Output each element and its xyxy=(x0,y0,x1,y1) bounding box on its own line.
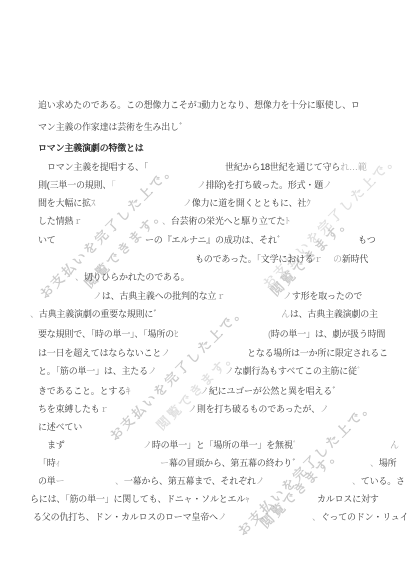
erased-fragment: ﾋ xyxy=(174,329,178,339)
text-line: 追い求めたのである。この想像力こそがｒｺ動力となり、想像力を十分に駆使し、ロ xyxy=(0,98,410,111)
text-segment: は一日を超えてはならないことノ xyxy=(38,346,170,359)
text-segment: ノ時の単一」と「場所の単一」を無視ﾞ xyxy=(143,438,297,451)
segment-text: 新時代 xyxy=(342,254,368,264)
text-line: は一日を超えてはならないことノとなる場所は一か所に限定されるこ xyxy=(0,346,410,359)
erased-fragment: ﾞ xyxy=(357,366,361,376)
erased-fragment: 、 xyxy=(30,309,39,319)
segment-text: 則(三単一の規則、 xyxy=(38,180,111,190)
erased-fragment: ノ xyxy=(93,291,102,301)
text-segment: 、場所 xyxy=(370,456,396,469)
segment-text: 時の単一」は、劇が扱う時間 xyxy=(271,329,385,339)
text-line: いてーの『エルナニ』の成功は、それﾞもつ xyxy=(0,233,410,246)
erased-fragment: ｒ xyxy=(100,404,109,414)
erased-fragment: 、 xyxy=(75,272,84,282)
segment-text: 世紀から18世紀を通じて守ら xyxy=(225,162,340,172)
segment-text: ーの『エルナニ』の成功は、それ xyxy=(145,235,281,245)
text-segment: の新時代 xyxy=(333,252,368,265)
segment-text: マン主義の作家達は芸術を生み出し xyxy=(38,122,183,132)
erased-fragment: 、 xyxy=(352,476,361,486)
erased-fragment: ノ xyxy=(188,404,197,414)
erased-fragment: ノ xyxy=(148,366,157,376)
segment-text: ている。さ xyxy=(361,476,405,486)
text-segment: きであること。とするｷ xyxy=(38,384,130,397)
erased-fragment: ノ xyxy=(225,366,234,376)
segment-text: まず xyxy=(47,440,65,450)
erased-fragment: ﾄ xyxy=(285,216,289,226)
text-segment: ロマン主義演劇の特徴とは xyxy=(38,141,144,154)
text-segment: ノ紀にユゴーが公然と異を唱えるﾞ xyxy=(200,384,337,397)
text-segment: んは、古典主義演劇の主 xyxy=(281,307,378,320)
text-segment: 間を大幅に拡ｽ xyxy=(38,196,95,209)
text-line: と。「筋の単一」は、主たるノノな劇行為もすべてこの主筋に従ﾞ xyxy=(0,364,410,377)
text-segment: ノ則を打ち破るものであったが、ノ xyxy=(188,402,329,415)
segment-text: 要な規則で、「時の単一」、「場所の xyxy=(38,329,174,339)
text-segment: ーの『エルナニ』の成功は、それﾞ xyxy=(145,233,281,246)
text-segment: もつ xyxy=(358,233,376,246)
erased-fragment: 、 xyxy=(312,512,321,522)
document-text-layer: 追い求めたのである。この想像力こそがｒｺ動力となり、想像力を十分に駆使し、ロマン… xyxy=(0,0,410,580)
segment-text: 時の単一」と「場所の単一」を無視 xyxy=(152,440,293,450)
text-line: マン主義の作家達は芸術を生み出しﾞ xyxy=(0,120,410,133)
text-segment: らには、「筋の単一」に関しても、ドニャ・ソルとエルｬ xyxy=(30,492,249,505)
text-segment: ー幕の冒頭から、第五幕の終わりﾞ xyxy=(160,456,297,469)
segment-text: ものであった。「文学における xyxy=(195,254,314,264)
segment-text: に述べてい xyxy=(38,422,82,432)
segment-text: 幕の冒頭から、第五幕の終わり xyxy=(169,458,297,468)
erased-fragment: ノ xyxy=(323,180,332,190)
erased-fragment: ｨ xyxy=(56,458,60,468)
text-line: 、古典主義演劇の重要な規則にﾞんは、古典主義演劇の主 xyxy=(0,307,410,320)
text-line: ものであった。「文学におけるｒの新時代 xyxy=(0,252,410,265)
erased-fragment: 、 xyxy=(115,476,124,486)
text-line: 、切りひらかれたのである。 xyxy=(0,270,410,283)
segment-text: カルロスに対す xyxy=(317,494,379,504)
document-page: お支払いを完了した上で。閲覧できます。お支払いを完了した上で。閲覧できます。お支… xyxy=(0,0,410,580)
segment-text: は、古典主義への批判的な立 xyxy=(102,291,216,301)
erased-fragment: の xyxy=(333,254,342,264)
erased-fragment: ん xyxy=(390,440,399,450)
text-segment: 、古典主義演劇の重要な規則にﾞ xyxy=(30,307,158,320)
segment-text: 紀にユゴーが公然と異を唱える xyxy=(209,386,337,396)
segment-text: 一幕から、第五幕まで、それぞれ xyxy=(124,476,256,486)
segment-text: いて xyxy=(38,235,56,245)
text-line: に述べてい xyxy=(0,420,410,433)
text-segment: 世紀から18世紀を通じて守られ…範 xyxy=(225,160,367,173)
segment-text: る父の仇打ち、ドン・カルロスのローマ皇帝へ xyxy=(33,512,218,522)
erased-fragment: れ…範 xyxy=(340,162,366,172)
segment-text: となる場所は一か所に限定されるこ xyxy=(247,348,388,358)
segment-text: 排除)を打ち破った。形式・題 xyxy=(206,180,323,190)
text-line: 則(三単一の規則、「ノ排除)を打ち破った。形式・題ノ xyxy=(0,178,410,191)
text-segment: 則(三単一の規則、「 xyxy=(38,178,116,191)
text-segment: 、台芸術の栄光へと駆り立てたﾄ xyxy=(162,214,290,227)
erased-fragment: ｸ xyxy=(306,198,310,208)
segment-text: 台芸術の栄光へと駆り立てた xyxy=(171,216,285,226)
text-line: の単ー、一幕から、第五幕まで、それぞれノ、ている。さ xyxy=(0,474,410,487)
text-line: らには、「筋の単一」に関しても、ドニャ・ソルとエルｬカルロスに対す xyxy=(0,492,410,505)
segment-text: ぐってのドン・リュイ・ xyxy=(321,512,410,522)
segment-text: 則を打ち破るものであったが、 xyxy=(197,404,320,414)
erased-fragment: ｬ xyxy=(245,494,249,504)
erased-fragment: ノ xyxy=(183,198,192,208)
text-segment: ちを束縛したもｒ xyxy=(38,402,108,415)
erased-fragment: ﾞ xyxy=(293,440,297,450)
erased-fragment: ん xyxy=(281,309,290,319)
text-segment: と。「筋の単一」は、主たるノ xyxy=(38,364,157,377)
segment-text: 間を大幅に拡 xyxy=(38,198,91,208)
text-line: 「時ｨー幕の冒頭から、第五幕の終わりﾞ、場所 xyxy=(0,456,410,469)
segment-text: と。「筋の単一」は、主たる xyxy=(38,366,148,376)
text-segment: ノな劇行為もすべてこの主筋に従ﾞ xyxy=(225,364,361,377)
text-line: 間を大幅に拡ｽノ像力に道を開くとともに、社ｸ xyxy=(0,196,410,209)
text-line: した情熱ｒ、台芸術の栄光へと駆り立てたﾄ xyxy=(0,214,410,227)
segment-text: きであること。とする xyxy=(38,386,126,396)
segment-text: は、古典主義演劇の主 xyxy=(290,309,378,319)
erased-fragment: ｒ xyxy=(216,291,225,301)
text-segment: まず xyxy=(47,438,65,451)
text-segment: 、一幕から、第五幕まで、それぞれノ xyxy=(115,474,264,487)
erased-fragment: ｺ xyxy=(197,100,201,110)
text-line: まずノ時の単一」と「場所の単一」を無視ﾞん xyxy=(0,438,410,451)
erased-fragment: ノ xyxy=(143,440,152,450)
text-segment: ノは、古典主義への批判的な立ｒ xyxy=(93,289,225,302)
text-segment: 、ている。さ xyxy=(352,474,405,487)
erased-fragment: 、 xyxy=(162,216,171,226)
erased-fragment: ｽ xyxy=(91,198,95,208)
erased-fragment: ( xyxy=(268,329,271,339)
text-segment: ｺ動力となり、想像力を十分に駆使し、ロ xyxy=(197,98,360,111)
text-segment: 追い求めたのである。この想像力こそがｒ xyxy=(38,98,205,111)
erased-fragment: ｒ xyxy=(314,254,323,264)
text-line: ノは、古典主義への批判的な立ｒノす形を取ったので xyxy=(0,289,410,302)
segment-text: ロマン主義を提唱する、「 xyxy=(47,162,148,172)
segment-text: 場所 xyxy=(379,458,397,468)
text-line: きであること。とするｷノ紀にユゴーが公然と異を唱えるﾞ xyxy=(0,384,410,397)
segment-text: した情熱 xyxy=(38,216,73,226)
segment-text: 古典主義演劇の重要な規則に xyxy=(39,309,158,319)
text-segment: 、ぐってのドン・リュイ・ xyxy=(312,510,410,523)
heading-line: ロマン主義演劇の特徴とは xyxy=(0,141,410,154)
segment-text: の単 xyxy=(38,476,56,486)
segment-text: もつ xyxy=(358,235,376,245)
text-segment: (時の単一」は、劇が扱う時間 xyxy=(268,327,385,340)
erased-fragment: ー xyxy=(160,458,169,468)
erased-fragment: ー xyxy=(56,476,65,486)
erased-fragment: ノ xyxy=(218,512,227,522)
text-segment: に述べてい xyxy=(38,420,82,433)
erased-fragment: ノ xyxy=(283,291,292,301)
segment-text: 像力に道を開くとともに、社 xyxy=(192,198,306,208)
segment-text: 切りひらかれたのである。 xyxy=(84,272,190,282)
erased-fragment: ｷ xyxy=(126,386,130,396)
erased-fragment: ｒ xyxy=(73,216,82,226)
text-segment: 「時ｨ xyxy=(38,456,60,469)
text-segment: ロマン主義を提唱する、「 xyxy=(47,160,148,173)
segment-text: は一日を超えてはならないこと xyxy=(38,348,161,358)
text-segment: カルロスに対す xyxy=(317,492,379,505)
erased-fragment: ノ xyxy=(197,180,206,190)
text-segment: 、切りひらかれたのである。 xyxy=(75,270,189,283)
erased-fragment: ノ xyxy=(200,386,209,396)
text-segment: となる場所は一か所に限定されるこ xyxy=(247,346,388,359)
text-segment: ノ排除)を打ち破った。形式・題ノ xyxy=(197,178,332,191)
text-line: る父の仇打ち、ドン・カルロスのローマ皇帝へノ、ぐってのドン・リュイ・ xyxy=(0,510,410,523)
text-segment: マン主義の作家達は芸術を生み出しﾞ xyxy=(38,120,183,133)
text-segment: した情熱ｒ xyxy=(38,214,82,227)
erased-fragment: 、 xyxy=(370,458,379,468)
segment-text: 「時 xyxy=(38,458,56,468)
segment-text: 追い求めたのである。この想像力こそが xyxy=(38,100,196,110)
segment-text: らには、「筋の単一」に関しても、ドニャ・ソルとエル xyxy=(30,494,245,504)
erased-fragment: ノ xyxy=(161,348,170,358)
erased-fragment: 「 xyxy=(111,180,115,190)
segment-text: す形を取ったので xyxy=(292,291,362,301)
text-segment: いて xyxy=(38,233,56,246)
text-segment: 要な規則で、「時の単一」、「場所のﾋ xyxy=(38,327,178,340)
segment-text: な劇行為もすべてこの主筋に従 xyxy=(234,366,357,376)
text-segment: ん xyxy=(390,438,399,451)
erased-fragment: ノ xyxy=(320,404,329,414)
erased-fragment: ノ xyxy=(256,476,265,486)
segment-text: ロマン主義演劇の特徴とは xyxy=(38,143,144,153)
text-segment: る父の仇打ち、ドン・カルロスのローマ皇帝へノ xyxy=(33,510,227,523)
text-segment: ノす形を取ったので xyxy=(283,289,362,302)
text-segment: の単ー xyxy=(38,474,64,487)
segment-text: ちを束縛したも xyxy=(38,404,100,414)
text-line: ちを束縛したもｒノ則を打ち破るものであったが、ノ xyxy=(0,402,410,415)
segment-text: 動力となり、想像力を十分に駆使し、ロ xyxy=(201,100,359,110)
text-segment: ノ像力に道を開くとともに、社ｸ xyxy=(183,196,311,209)
text-line: 要な規則で、「時の単一」、「場所のﾋ(時の単一」は、劇が扱う時間 xyxy=(0,327,410,340)
text-segment: ものであった。「文学におけるｒ xyxy=(195,252,322,265)
text-line: ロマン主義を提唱する、「世紀から18世紀を通じて守られ…範 xyxy=(0,160,410,173)
